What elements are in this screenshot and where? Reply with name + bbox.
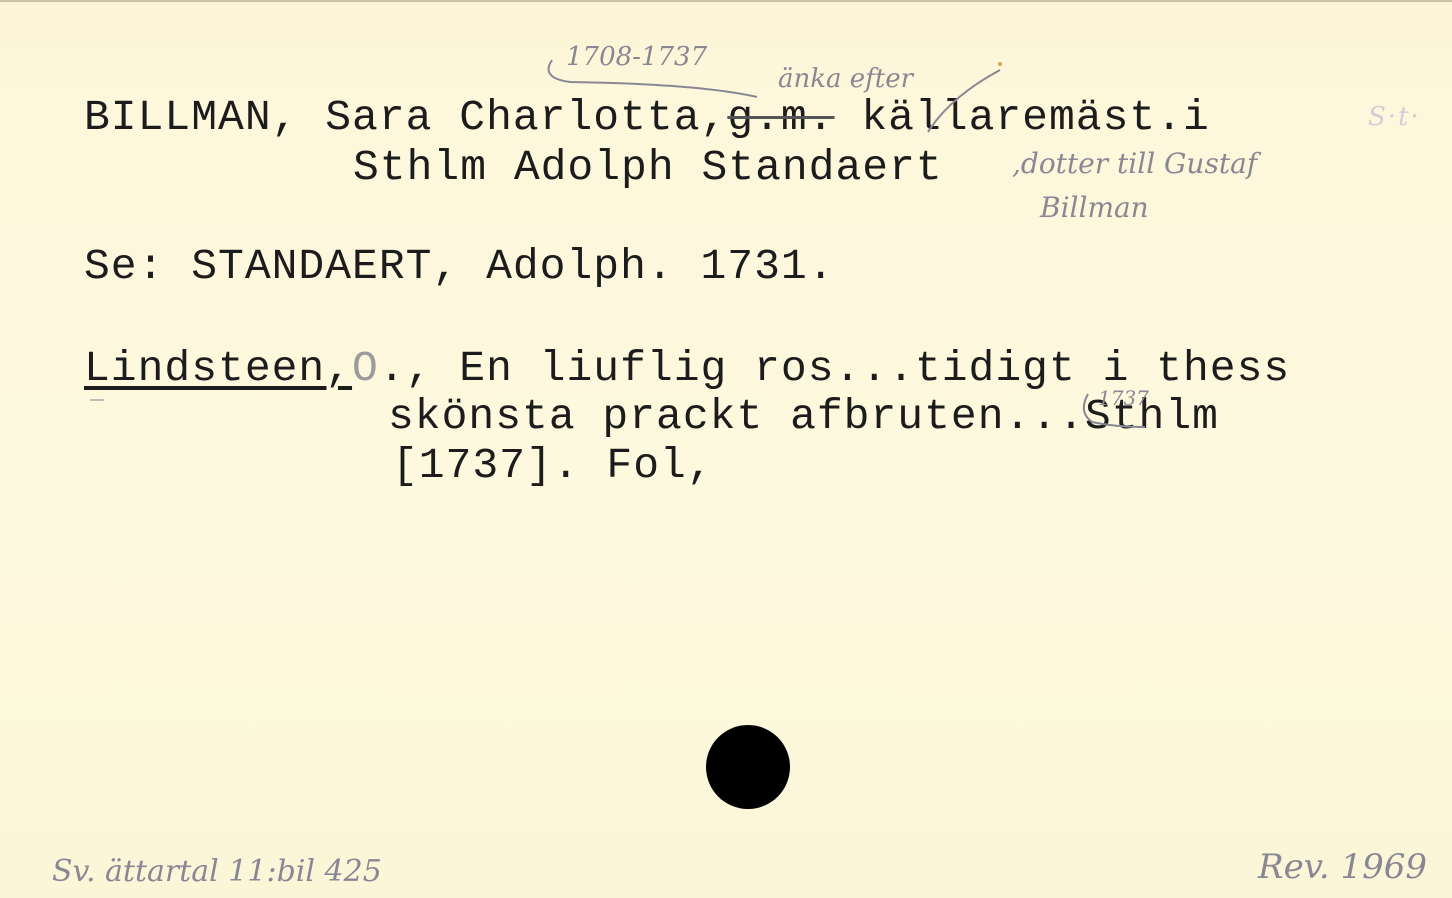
entry1-surname: BILLMAN, bbox=[84, 93, 298, 142]
footer-revision-note: Rev. 1969 bbox=[1258, 850, 1427, 884]
entry1-line1: BILLMAN, Sara Charlotta,g.m. källaremäst… bbox=[84, 96, 1210, 139]
annotation-daughter-line2: Billman bbox=[1040, 194, 1149, 222]
entry1-struck-text: g.m. bbox=[727, 93, 834, 142]
see-reference: Se: STANDAERT, Adolph. 1731. bbox=[84, 245, 835, 288]
annotation-year-1737: 1737 bbox=[1098, 388, 1149, 408]
annotation-daughter-line1: ,dotter till Gustaf bbox=[1012, 150, 1257, 178]
annotation-years: 1708-1737 bbox=[566, 44, 707, 70]
entry2-line1: Lindsteen,O., En liuflig ros...tidigt i … bbox=[84, 347, 1290, 390]
entry2-initial: O bbox=[352, 344, 379, 393]
catalog-card: BILLMAN, Sara Charlotta,g.m. källaremäst… bbox=[0, 0, 1452, 898]
punch-hole bbox=[706, 725, 790, 809]
faded-mark: S·t· bbox=[1368, 102, 1421, 132]
entry2-title-start: ., En liuflig ros...tidigt i thess bbox=[379, 344, 1290, 393]
entry2-title-cont: skönsta prackt afbruten... bbox=[388, 392, 1085, 441]
footer-source-note: Sv. ättartal 11:bil 425 bbox=[52, 857, 382, 887]
entry1-occupation: källaremäst.i bbox=[835, 93, 1210, 142]
entry2-line3: [1737]. Fol, bbox=[392, 444, 714, 487]
annotation-widow: änka efter bbox=[778, 66, 913, 92]
entry1-given-names: Sara Charlotta, bbox=[325, 93, 727, 142]
entry1-line2: Sthlm Adolph Standaert bbox=[353, 146, 943, 189]
entry2-line2: skönsta prackt afbruten...Sthlm bbox=[388, 395, 1219, 438]
entry2-author: Lindsteen, bbox=[84, 344, 352, 393]
